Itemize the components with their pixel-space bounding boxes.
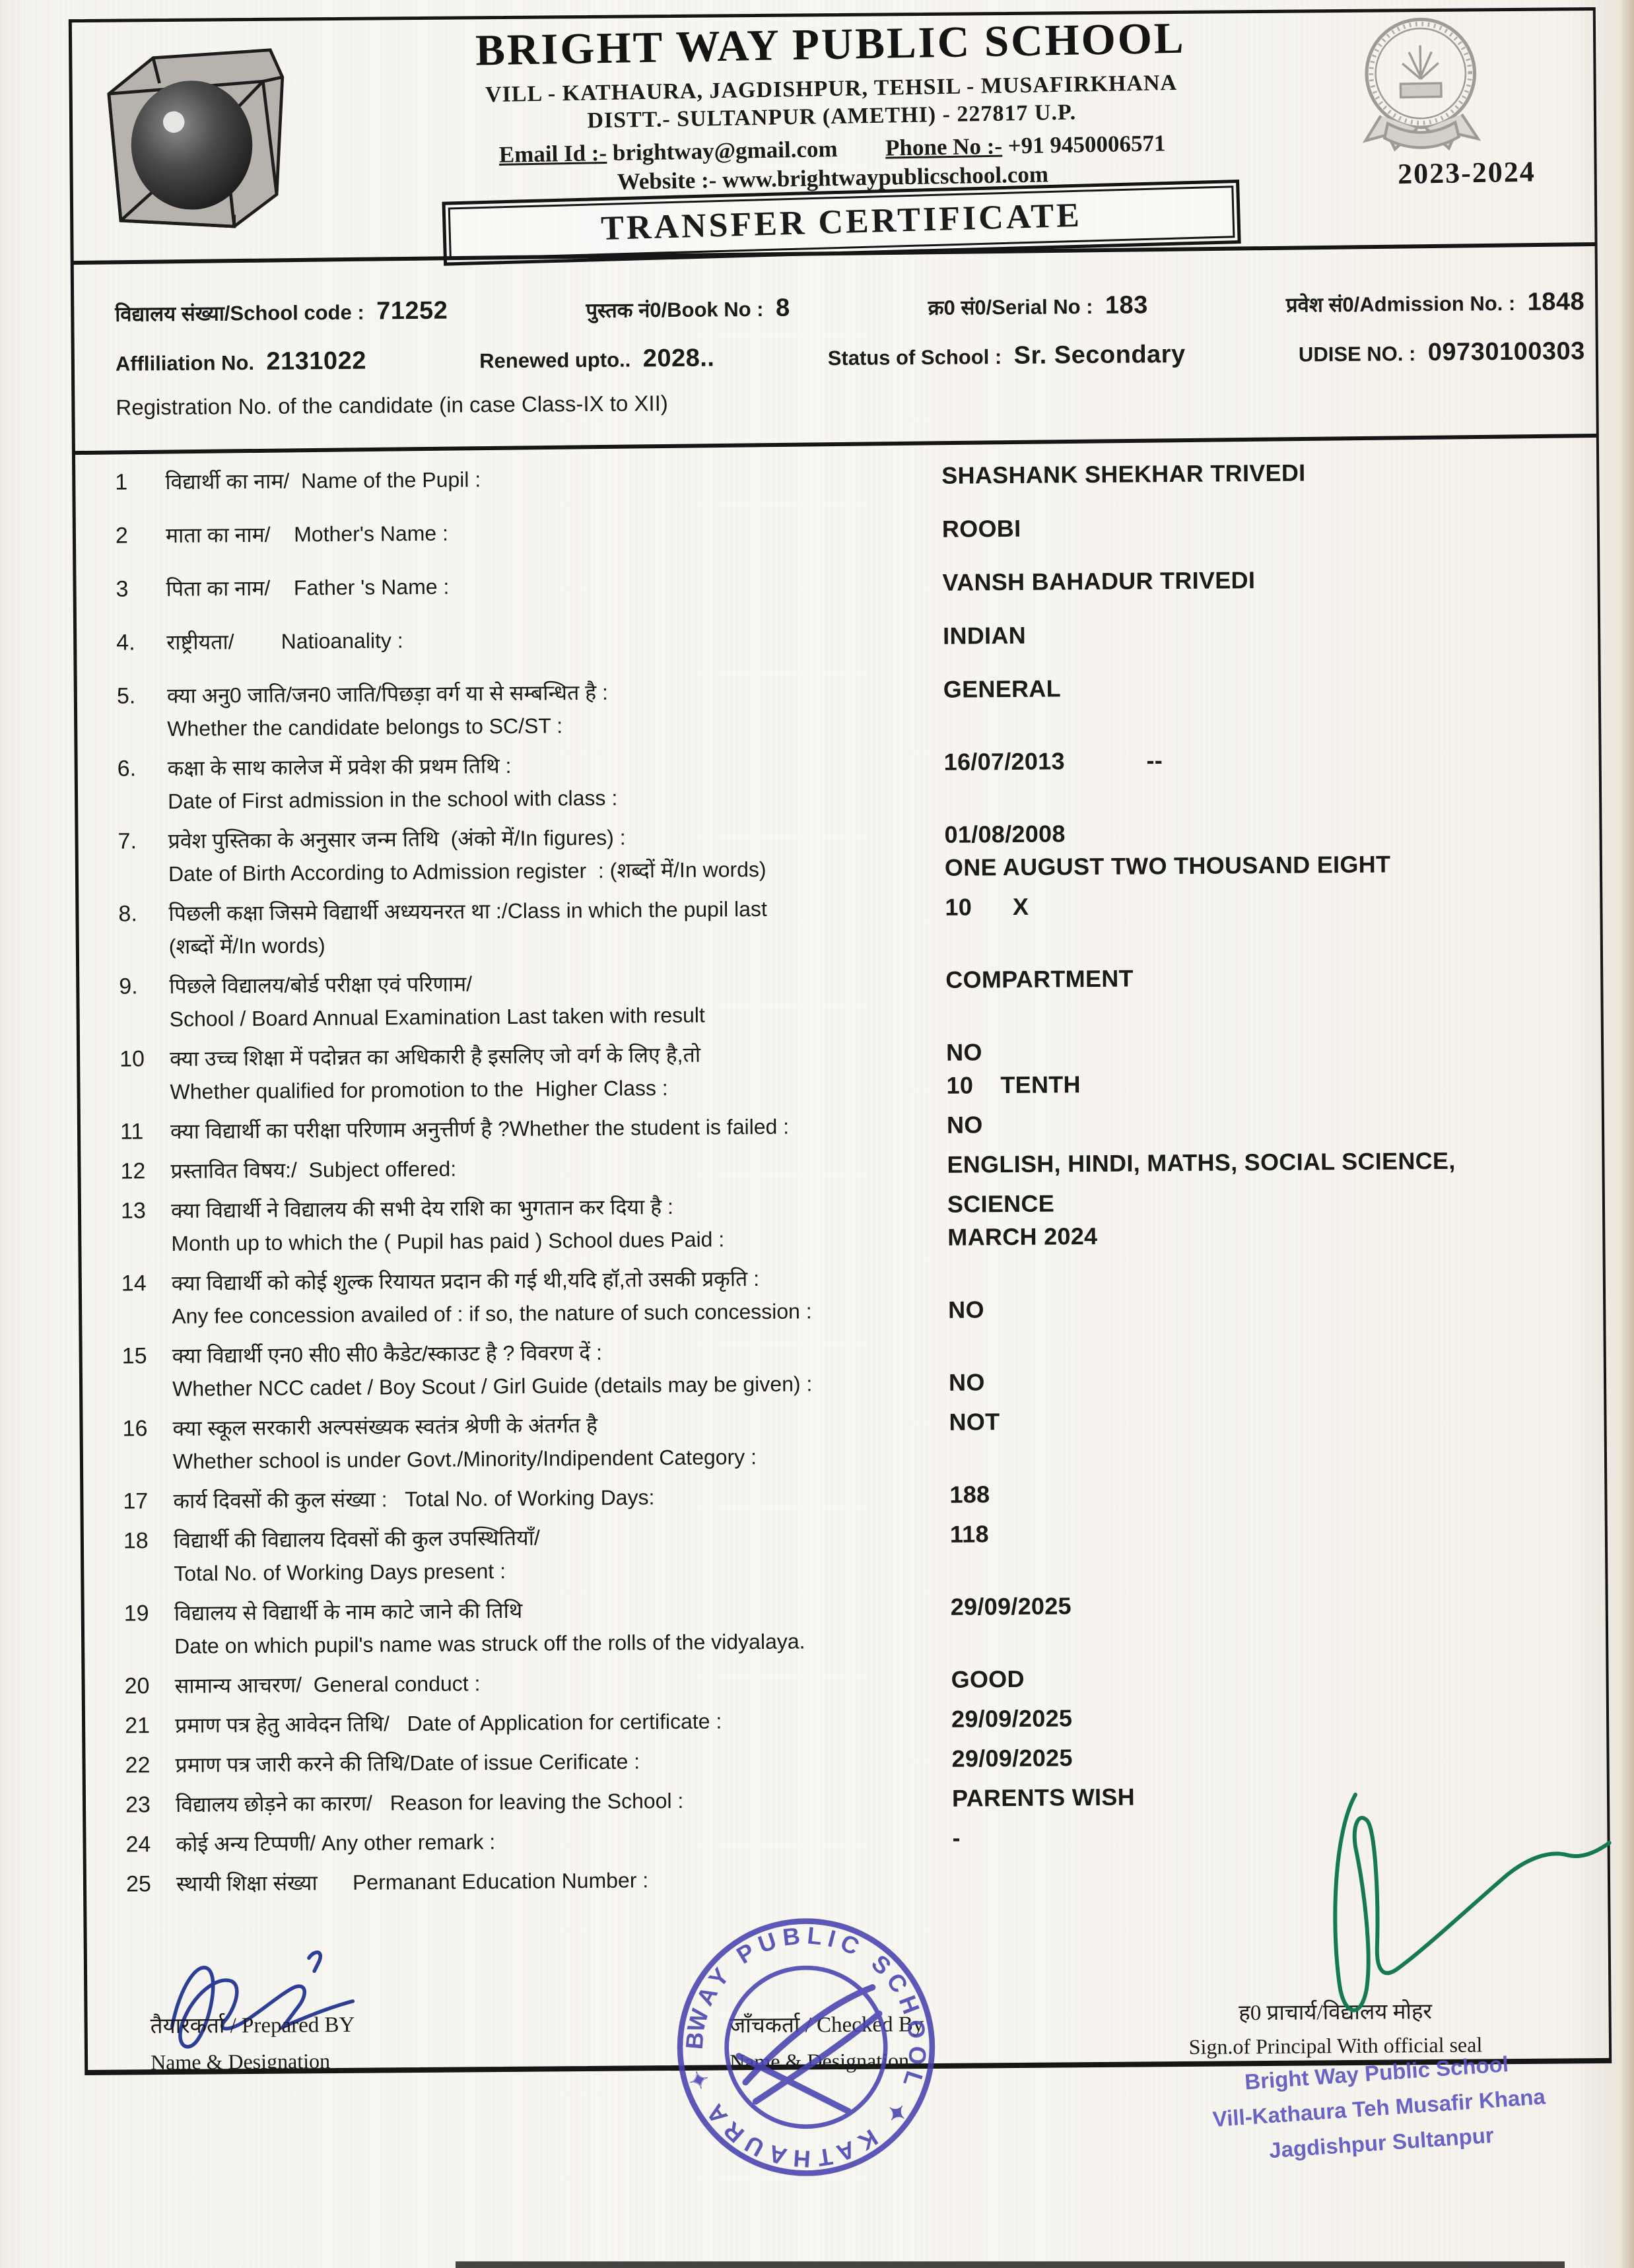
certificate-row: 6. कक्षा के साथ कालेज में प्रवेश की प्रथ…: [118, 741, 1594, 818]
certificate-row: 21 प्रमाण पत्र हेतु आवेदन तिथि/ Date of …: [125, 1698, 1601, 1743]
row-label-line: प्रवेश पुस्तिका के अनुसार जन्म तिथि (अंक…: [168, 818, 944, 857]
certificate-row: 18 विद्यार्थी की विद्यालय दिवसों की कुल …: [123, 1513, 1600, 1591]
info-field: Affliliation No. 2131022: [116, 347, 366, 378]
row-value-line: NOT: [949, 1401, 1598, 1439]
row-label-line: क्या अनु0 जाति/जन0 जाति/पिछड़ा वर्ग या स…: [167, 673, 943, 712]
row-label-line: प्रमाण पत्र हेतु आवेदन तिथि/ Date of App…: [175, 1703, 951, 1742]
row-label-line: (शब्दों में/In words): [169, 924, 945, 963]
info-field-value: 2131022: [266, 347, 366, 376]
row-number: 15: [122, 1339, 172, 1373]
certificate-row: 16 क्या स्कूल सरकारी अल्पसंख्यक स्वतंत्र…: [122, 1401, 1599, 1479]
row-label: क्या विद्यार्थी एन0 सी0 सी0 कैडेट/स्काउट…: [172, 1333, 949, 1405]
row-label-line: पिता का नाम/ Father 's Name :: [166, 566, 942, 605]
row-value-line: 118: [950, 1513, 1600, 1551]
phone-value: +91 9450006571: [1007, 130, 1165, 158]
row-label-line: पिछली कक्षा जिसमे विद्यार्थी अध्ययनरत था…: [168, 891, 945, 930]
certificate-row: 7. प्रवेश पुस्तिका के अनुसार जन्म तिथि (…: [118, 813, 1594, 891]
row-value-line: [948, 1328, 1598, 1366]
phone-label: Phone No :-: [885, 133, 1003, 161]
row-number: 16: [122, 1412, 172, 1446]
school-round-stamp: WAY PUBLIC SCHOOL ✦ KATHAURA ✦ BRIGHT: [650, 1892, 962, 2203]
row-number: 7.: [118, 824, 168, 858]
info-field: क्र0 सं0/Serial No : 183: [928, 291, 1148, 321]
info-field-value: 1848: [1528, 288, 1585, 316]
school-info-row1: विद्यालय संख्या/School code : 71252 पुस्…: [115, 288, 1584, 327]
row-value-line: 29/09/2025: [951, 1698, 1601, 1736]
info-field-value: 8: [776, 294, 790, 322]
row-number: 3: [116, 572, 166, 606]
certificate-row: 5. क्या अनु0 जाति/जन0 जाति/पिछड़ा वर्ग य…: [117, 668, 1594, 746]
prepared-by-block: तैयारकर्ता / Prepared BY Name & Designat…: [150, 2009, 355, 2075]
row-label-line: Date on which pupil's name was struck of…: [174, 1624, 951, 1663]
row-value: GOOD: [951, 1658, 1600, 1696]
row-label: विद्यार्थी की विद्यालय दिवसों की कुल उपस…: [174, 1518, 951, 1590]
row-label-line: पिछले विद्यालय/बोर्ड परीक्षा एवं परिणाम/: [169, 964, 945, 1003]
row-label-line: Total No. of Working Days present :: [174, 1551, 950, 1590]
row-label-line: क्या विद्यार्थी का परीक्षा परिणाम अनुत्त…: [170, 1109, 947, 1148]
info-field-label: Renewed upto..: [479, 348, 630, 372]
row-value: NO: [947, 1104, 1596, 1142]
row-value: 188: [949, 1473, 1599, 1512]
row-label: विद्यार्थी का नाम/ Name of the Pupil :: [165, 459, 941, 498]
row-number: 24: [125, 1828, 176, 1861]
row-value: ROOBI: [942, 508, 1592, 546]
row-label-line: क्या विद्यार्थी ने विद्यालय की सभी देय र…: [171, 1188, 947, 1227]
row-value: ENGLISH, HINDI, MATHS, SOCIAL SCIENCE,: [947, 1143, 1596, 1182]
row-label: विद्यालय से विद्यार्थी के नाम काटे जाने …: [174, 1591, 951, 1663]
row-label-line: Whether qualified for promotion to the H…: [170, 1069, 946, 1108]
row-label: क्या विद्यार्थी को कोई शुल्क रियायत प्रद…: [172, 1261, 949, 1333]
row-label: कक्षा के साथ कालेज में प्रवेश की प्रथम त…: [168, 746, 945, 818]
info-field-value: 2028..: [643, 344, 715, 372]
website-label: Website :-: [617, 167, 716, 195]
row-label-line: सामान्य आचरण/ General conduct :: [174, 1663, 951, 1702]
row-label: क्या विद्यार्थी ने विद्यालय की सभी देय र…: [171, 1188, 948, 1260]
certificate-document: BRIGHT WAY PUBLIC SCHOOL VILL - KATHAURA…: [69, 7, 1612, 2075]
row-value-line: ROOBI: [942, 508, 1592, 546]
board-round-emblem-icon: [1350, 11, 1491, 165]
row-value-line: [948, 1255, 1598, 1294]
row-value-line: NO: [949, 1361, 1598, 1399]
info-field-label: प्रवेश सं0/Admission No. :: [1286, 292, 1516, 317]
row-label-line: Whether NCC cadet / Boy Scout / Girl Gui…: [172, 1366, 949, 1405]
row-value-line: VANSH BAHADUR TRIVEDI: [942, 561, 1592, 599]
row-value-line: NO: [947, 1104, 1596, 1142]
row-value: 01/08/2008ONE AUGUST TWO THOUSAND EIGHT: [944, 813, 1594, 884]
row-label-line: क्या विद्यार्थी एन0 सी0 सी0 कैडेट/स्काउट…: [172, 1333, 949, 1372]
info-field-value: 71252: [376, 297, 448, 325]
certificate-row: 15 क्या विद्यार्थी एन0 सी0 सी0 कैडेट/स्क…: [122, 1328, 1599, 1406]
certificate-row: 10 क्या उच्च शिक्षा में पदोन्नत का अधिका…: [119, 1031, 1596, 1109]
row-label-line: Date of First admission in the school wi…: [168, 779, 944, 818]
certificate-row: 4. राष्ट्रीयता/ Natioanality : INDIAN: [116, 615, 1592, 659]
row-number: 1: [115, 465, 165, 499]
certificate-row: 1 विद्यार्थी का नाम/ Name of the Pupil :…: [115, 454, 1591, 499]
info-field-label: UDISE NO. :: [1299, 342, 1416, 366]
row-value-line: MARCH 2024: [947, 1216, 1597, 1254]
row-value: INDIAN: [943, 615, 1592, 653]
row-value-line: 188: [949, 1473, 1599, 1512]
row-value-line: INDIAN: [943, 615, 1592, 653]
row-value-line: 01/08/2008: [944, 813, 1594, 851]
row-value-line: GOOD: [951, 1658, 1600, 1696]
row-number: 22: [125, 1749, 175, 1782]
row-value: NO: [948, 1328, 1598, 1399]
certificate-rows: 1 विद्यार्थी का नाम/ Name of the Pupil :…: [115, 454, 1602, 1907]
row-number: 13: [121, 1194, 171, 1228]
row-label-line: प्रमाण पत्र जारी करने की तिथि/Date of is…: [175, 1743, 951, 1782]
scan-bottom-artifact: [456, 2261, 1565, 2268]
certificate-row: 11 क्या विद्यार्थी का परीक्षा परिणाम अनु…: [120, 1104, 1596, 1149]
row-label-line: Whether school is under Govt./Minority/I…: [173, 1439, 949, 1478]
row-number: 4.: [116, 626, 166, 659]
row-value: 29/09/2025: [951, 1737, 1601, 1776]
row-label-line: कार्य दिवसों की कुल संख्या : Total No. o…: [173, 1479, 949, 1518]
row-value-line: 29/09/2025: [951, 1737, 1601, 1776]
row-value-line: SHASHANK SHEKHAR TRIVEDI: [941, 454, 1591, 492]
prepared-by-label: तैयारकर्ता / Prepared BY: [150, 2009, 355, 2040]
certificate-row: 13 क्या विद्यार्थी ने विद्यालय की सभी दे…: [121, 1183, 1598, 1261]
row-value-line: 10 X: [945, 886, 1594, 924]
row-number: 9.: [119, 970, 169, 1003]
info-field: UDISE NO. : 09730100303: [1299, 337, 1585, 368]
row-label-line: कोई अन्य टिप्पणी/ Any other remark :: [176, 1822, 952, 1861]
row-number: 2: [116, 519, 166, 552]
info-field-value: Sr. Secondary: [1013, 341, 1185, 370]
row-label-line: कक्षा के साथ कालेज में प्रवेश की प्रथम त…: [168, 746, 944, 785]
round-stamp-text: WAY PUBLIC SCHOOL ✦ KATHAURA ✦ BRIGHT: [665, 1906, 947, 2188]
row-value: 10 X: [945, 886, 1594, 924]
info-field-label: विद्यालय संख्या/School code :: [115, 301, 364, 326]
info-field-label: क्र0 सं0/Serial No :: [928, 295, 1093, 319]
row-label: राष्ट्रीयता/ Natioanality :: [166, 620, 943, 659]
row-label: क्या अनु0 जाति/जन0 जाति/पिछड़ा वर्ग या स…: [167, 673, 944, 745]
row-label: पिछले विद्यालय/बोर्ड परीक्षा एवं परिणाम/…: [169, 964, 946, 1036]
row-value-line: GENERAL: [943, 668, 1593, 706]
row-value-line: ENGLISH, HINDI, MATHS, SOCIAL SCIENCE,: [947, 1143, 1596, 1182]
row-number: 19: [124, 1597, 174, 1630]
row-label-line: विद्यालय से विद्यार्थी के नाम काटे जाने …: [174, 1591, 951, 1630]
row-number: 12: [120, 1154, 170, 1188]
info-field: पुस्तक नं0/Book No : 8: [586, 294, 790, 324]
info-field: प्रवेश सं0/Admission No. : 1848: [1286, 288, 1585, 319]
row-value-line: NO: [948, 1288, 1598, 1327]
row-label: प्रमाण पत्र जारी करने की तिथि/Date of is…: [175, 1743, 951, 1782]
row-number: 10: [119, 1042, 170, 1076]
row-label: प्रमाण पत्र हेतु आवेदन तिथि/ Date of App…: [175, 1703, 951, 1742]
row-label-line: माता का नाम/ Mother's Name :: [166, 513, 942, 552]
row-number: 6.: [118, 752, 168, 785]
row-label: क्या स्कूल सरकारी अल्पसंख्यक स्वतंत्र श्…: [172, 1406, 949, 1478]
school-identity-block: BRIGHT WAY PUBLIC SCHOOL VILL - KATHAURA…: [295, 10, 1367, 201]
certificate-row: 8. पिछली कक्षा जिसमे विद्यार्थी अध्ययनरत…: [118, 886, 1595, 964]
info-field-label: पुस्तक नं0/Book No :: [586, 298, 763, 322]
certificate-row: 3 पिता का नाम/ Father 's Name : VANSH BA…: [116, 561, 1592, 606]
row-value: 16/07/2013 --: [943, 741, 1593, 779]
row-value: VANSH BAHADUR TRIVEDI: [942, 561, 1592, 599]
row-label: पिछली कक्षा जिसमे विद्यार्थी अध्ययनरत था…: [168, 891, 945, 963]
info-field-value: 09730100303: [1428, 337, 1585, 366]
info-field: विद्यालय संख्या/School code : 71252: [115, 297, 448, 328]
info-field-label: Status of School :: [828, 345, 1002, 370]
row-value-line: 16/07/2013 --: [943, 741, 1593, 779]
certificate-header: BRIGHT WAY PUBLIC SCHOOL VILL - KATHAURA…: [71, 3, 1596, 262]
row-number: 21: [125, 1709, 175, 1743]
school-info-row2: Affliliation No. 2131022 Renewed upto.. …: [116, 337, 1585, 377]
certificate-row: 9. पिछले विद्यालय/बोर्ड परीक्षा एवं परिण…: [119, 958, 1596, 1036]
academic-session: 2023-2024: [1281, 152, 1634, 193]
row-label-line: क्या उच्च शिक्षा में पदोन्नत का अधिकारी …: [170, 1036, 946, 1075]
svg-text:WAY PUBLIC SCHOOL ✦ KATHAURA ✦: WAY PUBLIC SCHOOL ✦ KATHAURA ✦ BRIGHT: [665, 1906, 947, 2188]
row-number: 5.: [117, 679, 167, 713]
row-value: 118: [950, 1513, 1600, 1551]
row-label: कोई अन्य टिप्पणी/ Any other remark :: [176, 1822, 952, 1861]
row-label-line: School / Board Annual Examination Last t…: [170, 997, 946, 1036]
row-number: 20: [124, 1669, 174, 1703]
row-value: NO10 TENTH: [946, 1031, 1596, 1102]
school-info-section: विद्यालय संख्या/School code : 71252 पुस्…: [115, 250, 1586, 446]
row-label: क्या विद्यार्थी का परीक्षा परिणाम अनुत्त…: [170, 1109, 947, 1148]
row-value-line: ONE AUGUST TWO THOUSAND EIGHT: [945, 846, 1594, 884]
row-label: विद्यालय छोड़ने का कारण/ Reason for leav…: [176, 1782, 952, 1821]
row-value: NO: [948, 1255, 1598, 1327]
row-label-line: Month up to which the ( Pupil has paid )…: [171, 1221, 947, 1260]
info-field: Status of School : Sr. Secondary: [828, 341, 1186, 372]
spacer: [844, 156, 880, 156]
row-value-line: COMPARTMENT: [945, 958, 1595, 997]
cube-sphere-school-logo-icon: [94, 42, 302, 236]
school-info-row3: Registration No. of the candidate (in ca…: [116, 384, 1585, 420]
principal-signature: [1271, 1786, 1629, 2046]
certificate-row: 20 सामान्य आचरण/ General conduct : GOOD: [124, 1658, 1600, 1703]
row-label: कार्य दिवसों की कुल संख्या : Total No. o…: [173, 1479, 949, 1518]
row-label: पिता का नाम/ Father 's Name :: [166, 566, 942, 605]
row-value: 29/09/2025: [951, 1698, 1601, 1736]
school-name: BRIGHT WAY PUBLIC SCHOOL: [295, 10, 1365, 79]
row-number: 23: [125, 1788, 176, 1822]
row-value: 29/09/2025: [951, 1585, 1600, 1624]
row-number: 11: [120, 1115, 170, 1149]
row-value: SCIENCEMARCH 2024: [947, 1183, 1598, 1254]
info-field-value: 183: [1105, 291, 1148, 319]
certificate-row: 2 माता का नाम/ Mother's Name : ROOBI: [116, 508, 1592, 552]
row-label-line: क्या विद्यार्थी को कोई शुल्क रियायत प्रद…: [172, 1261, 948, 1300]
row-number: 17: [123, 1484, 173, 1518]
email-label: Email Id :-: [498, 140, 607, 168]
row-value-line: 29/09/2025: [951, 1585, 1600, 1624]
certificate-row: 19 विद्यालय से विद्यार्थी के नाम काटे जा…: [124, 1585, 1601, 1663]
row-label-line: स्थायी शिक्षा संख्या Permanant Education…: [176, 1861, 953, 1900]
row-label: माता का नाम/ Mother's Name :: [166, 513, 942, 552]
row-label-line: Date of Birth According to Admission reg…: [168, 851, 945, 890]
row-label: स्थायी शिक्षा संख्या Permanant Education…: [176, 1861, 953, 1900]
row-label-line: विद्यार्थी की विद्यालय दिवसों की कुल उपस…: [174, 1518, 950, 1557]
certificate-row: 22 प्रमाण पत्र जारी करने की तिथि/Date of…: [125, 1737, 1601, 1782]
certificate-row: 17 कार्य दिवसों की कुल संख्या : Total No…: [123, 1473, 1599, 1518]
row-label: प्रवेश पुस्तिका के अनुसार जन्म तिथि (अंक…: [168, 818, 945, 890]
row-label-line: विद्यालय छोड़ने का कारण/ Reason for leav…: [176, 1782, 952, 1821]
certificate-row: 14 क्या विद्यार्थी को कोई शुल्क रियायत प…: [121, 1255, 1598, 1333]
row-label: सामान्य आचरण/ General conduct :: [174, 1663, 951, 1702]
row-value: GENERAL: [943, 668, 1593, 706]
row-label-line: विद्यार्थी का नाम/ Name of the Pupil :: [165, 459, 941, 498]
email-value: brightway@gmail.com: [613, 136, 838, 166]
scanned-transfer-certificate-page: BRIGHT WAY PUBLIC SCHOOL VILL - KATHAURA…: [0, 0, 1634, 2268]
row-value-line: 10 TENTH: [946, 1064, 1596, 1102]
row-value: SHASHANK SHEKHAR TRIVEDI: [941, 454, 1591, 492]
row-label-line: क्या स्कूल सरकारी अल्पसंख्यक स्वतंत्र श्…: [172, 1406, 949, 1445]
prepared-by-designation: Name & Designation: [151, 2049, 355, 2075]
certificate-row: 12 प्रस्तावित विषय:/ Subject offered: EN…: [120, 1143, 1596, 1188]
row-number: 25: [126, 1867, 176, 1901]
info-field: Renewed upto.. 2028..: [479, 344, 715, 374]
row-value: COMPARTMENT: [945, 958, 1595, 997]
row-number: 8.: [118, 897, 168, 931]
row-label-line: Any fee concession availed of : if so, t…: [172, 1294, 948, 1333]
row-label-line: Whether the candidate belongs to SC/ST :: [167, 706, 943, 745]
info-field-label: Affliliation No.: [116, 351, 254, 376]
row-number: 14: [121, 1267, 172, 1300]
row-value-line: SCIENCE: [947, 1183, 1597, 1221]
row-label: क्या उच्च शिक्षा में पदोन्नत का अधिकारी …: [170, 1036, 947, 1108]
row-value-line: NO: [946, 1031, 1596, 1069]
row-value: NOT: [949, 1401, 1598, 1439]
row-label-line: राष्ट्रीयता/ Natioanality :: [166, 620, 943, 659]
row-label: प्रस्तावित विषय:/ Subject offered:: [170, 1149, 947, 1187]
certificate-title: TRANSFER CERTIFICATE: [600, 197, 1082, 248]
row-number: 18: [123, 1524, 174, 1558]
row-label-line: प्रस्तावित विषय:/ Subject offered:: [170, 1149, 947, 1187]
registration-label: Registration No. of the candidate (in ca…: [116, 391, 668, 420]
